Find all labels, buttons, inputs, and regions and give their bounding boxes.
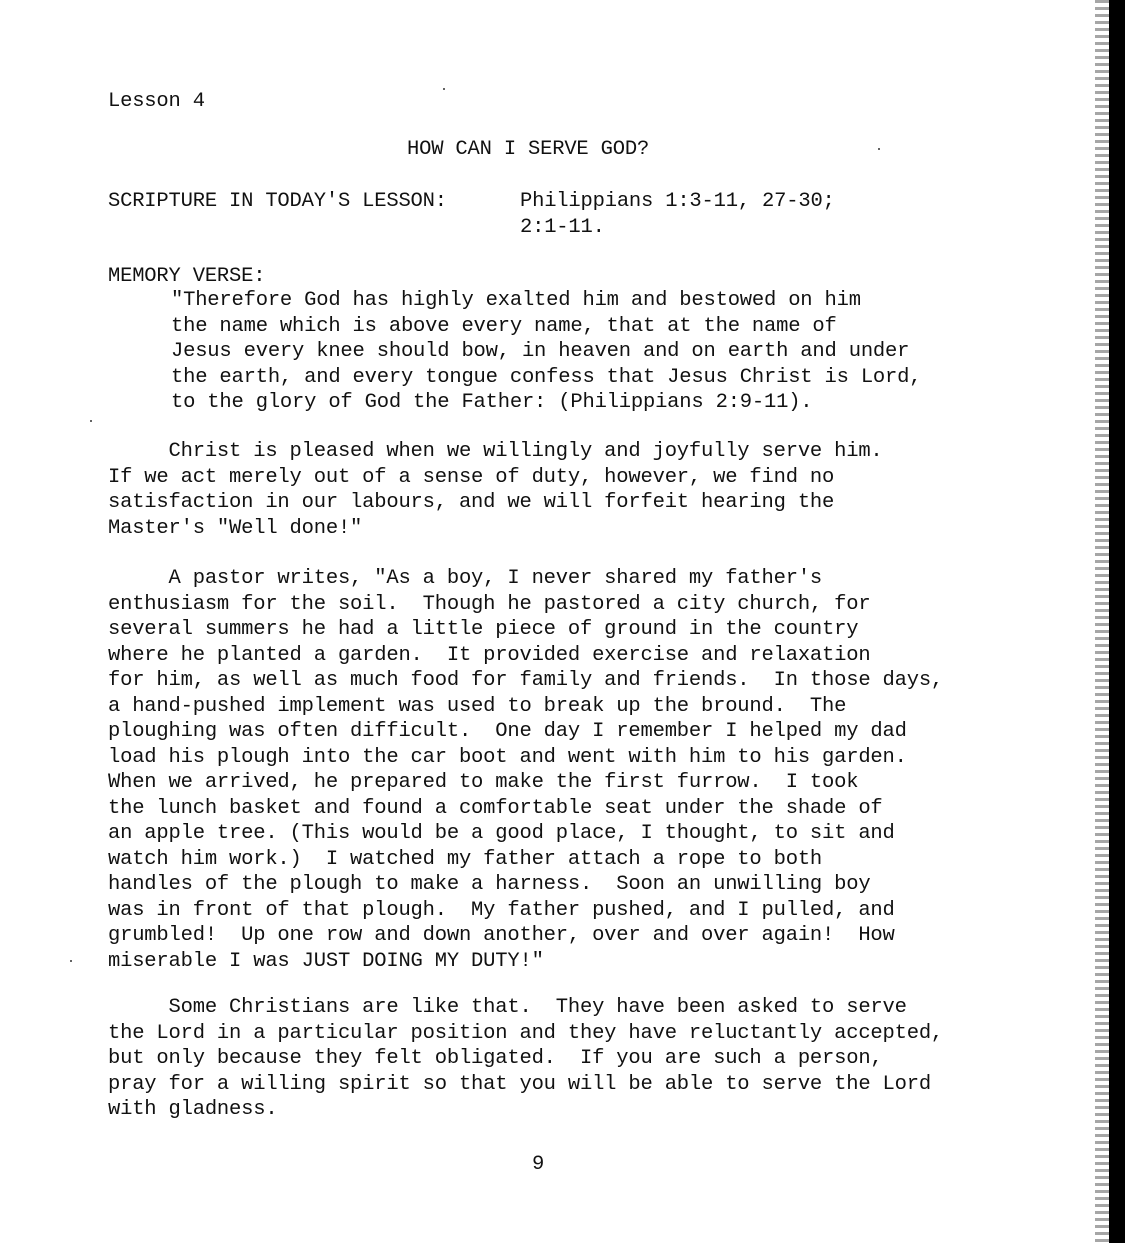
paragraph-3: Some Christians are like that. They have… [108, 995, 943, 1123]
memory-verse-label: MEMORY VERSE: [108, 264, 265, 290]
scan-speck [443, 88, 445, 90]
scan-speck [878, 148, 880, 150]
lesson-label: Lesson 4 [108, 89, 205, 115]
scanner-edge [1109, 0, 1125, 1243]
paragraph-1: Christ is pleased when we willingly and … [108, 439, 883, 541]
page-title: HOW CAN I SERVE GOD? [407, 137, 649, 163]
scripture-references: Philippians 1:3-11, 27-30; 2:1-11. [520, 189, 835, 240]
memory-verse-text: "Therefore God has highly exalted him an… [171, 288, 921, 416]
scan-speck [70, 960, 72, 962]
scanner-edge-noise [1095, 0, 1109, 1243]
scan-speck [90, 420, 92, 422]
scanned-page: Lesson 4 HOW CAN I SERVE GOD? SCRIPTURE … [0, 0, 1125, 1243]
paragraph-2: A pastor writes, "As a boy, I never shar… [108, 566, 943, 974]
scripture-label: SCRIPTURE IN TODAY'S LESSON: [108, 189, 447, 215]
page-number: 9 [532, 1152, 544, 1178]
